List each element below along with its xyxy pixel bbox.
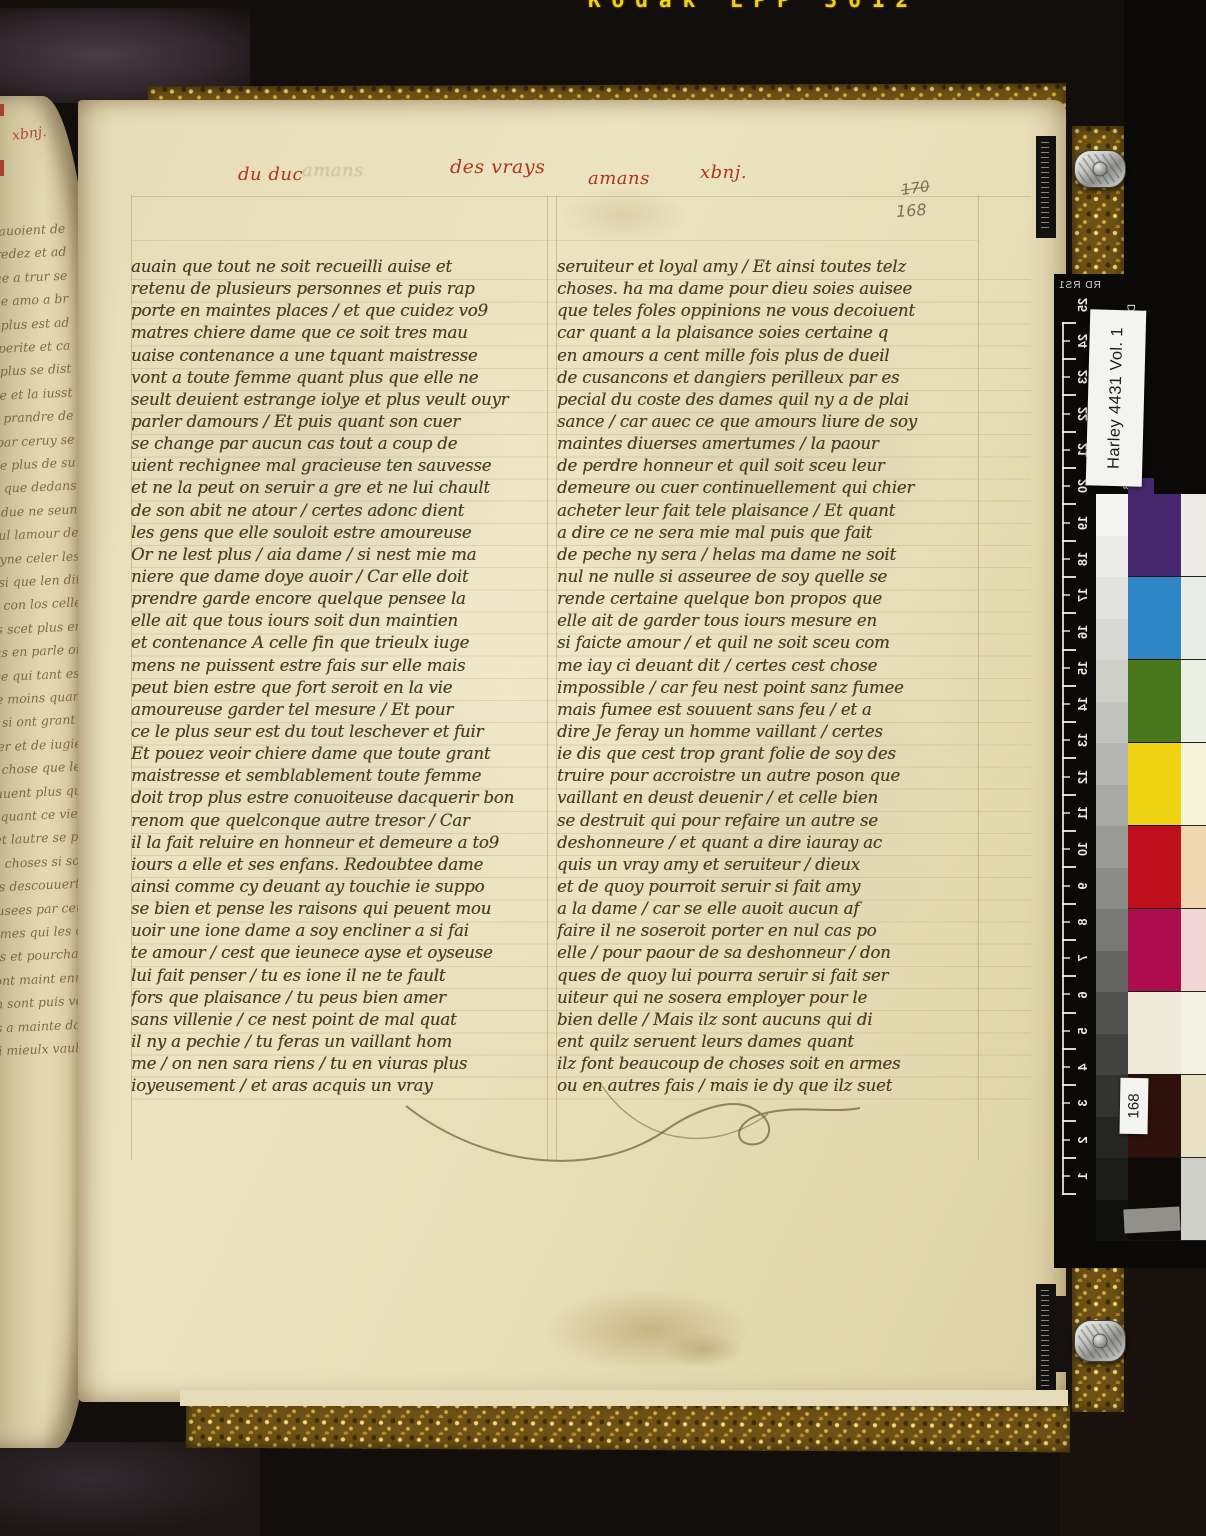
ruler-tick-major xyxy=(1062,467,1076,469)
color-tint-yellow xyxy=(1181,743,1206,826)
manuscript-line: auain que tout ne soit recueilli auise e… xyxy=(131,256,555,278)
manuscript-line: uient rechignee mal gracieuse ten sauves… xyxy=(131,455,555,477)
grayscale-step xyxy=(1096,494,1128,536)
ruler-tick-minor xyxy=(1062,957,1070,959)
ruler-tick-major xyxy=(1062,1012,1076,1014)
ruler-number: 1 xyxy=(1070,1165,1096,1187)
gold-gauffered-tail-edge xyxy=(186,1400,1070,1453)
manuscript-line: se bien et pense les raisons qui peuent … xyxy=(131,898,555,920)
prev-page-line: s gens si ont grant e xyxy=(0,712,87,733)
manuscript-line: mens ne puissent estre fais sur elle mai… xyxy=(131,655,555,677)
rubric-header-center: des vrays xyxy=(450,156,545,178)
folio-sticker: 168 xyxy=(1120,1078,1149,1134)
ruler-tick-minor xyxy=(1062,812,1070,814)
prev-page-line: e grant payne celer les xyxy=(0,548,80,569)
ruler-tick-major xyxy=(1062,612,1076,614)
ruler-tick-major xyxy=(1062,358,1076,360)
ruler-tick-minor xyxy=(1062,376,1070,378)
shelfmark-label-text: Harley 4431 Vol. 1 xyxy=(1105,327,1128,469)
color-tint-purple xyxy=(1181,494,1206,577)
manuscript-line: mais fumee est souuent sans feu / et a xyxy=(557,699,981,721)
color-tint-blue xyxy=(1181,577,1206,660)
manuscript-line: de perdre honneur et quil soit sceu leur xyxy=(557,455,981,477)
prev-page-line: dus gonise et la iusst xyxy=(0,384,73,405)
ruler-tick-minor xyxy=(1062,1139,1070,1141)
grayscale-step xyxy=(1096,868,1128,910)
manuscript-line: choses. ha ma dame pour dieu soies auise… xyxy=(557,278,981,300)
manuscript-line: que teles foles oppinions ne vous decoiu… xyxy=(557,300,981,322)
ruler-number: 13 xyxy=(1070,729,1096,751)
grayscale-step xyxy=(1096,577,1128,619)
grayscale-step xyxy=(1096,992,1128,1034)
ruler-tick-minor xyxy=(1062,594,1070,596)
grayscale-step xyxy=(1096,951,1128,993)
prev-page-line: e atout le moins quant xyxy=(0,688,86,709)
manuscript-line: renom que quelconque autre tresor / Car xyxy=(131,810,555,832)
prev-page-red-mark xyxy=(0,104,4,116)
manuscript-line: elle ait que tous iours soit dun maintie… xyxy=(131,610,555,632)
text-column-2: seruiteur et loyal amy / Et ainsi toutes… xyxy=(557,256,981,1102)
ruler-tick-minor xyxy=(1062,1102,1070,1104)
manuscript-line: et ne la peut on seruir a gre et ne lui … xyxy=(131,477,555,499)
color-tint-cream xyxy=(1181,992,1206,1075)
color-patch-magenta xyxy=(1128,909,1181,992)
manuscript-line: et contenance A celle fin que trieulx iu… xyxy=(131,632,555,654)
ruler-number: 19 xyxy=(1070,512,1096,534)
manuscript-line: fors que plaisance / tu peus bien amer xyxy=(131,987,555,1009)
ruler-number: 17 xyxy=(1070,584,1096,606)
ruler-tick-major xyxy=(1062,721,1076,723)
manuscript-line: ques de quoy lui pourra seruir si fait s… xyxy=(557,965,981,987)
manuscript-line: doit trop plus estre conuoiteuse dacquer… xyxy=(131,787,555,809)
manuscript-line: niere que dame doye auoir / Car elle doi… xyxy=(131,566,555,588)
pen-flourish-small xyxy=(590,1080,800,1170)
ruler-number: 8 xyxy=(1070,911,1096,933)
prev-page-line: e de parler et de iugier xyxy=(0,735,88,756)
prev-page-line: ntaine ny auoient de xyxy=(0,221,66,242)
ruler-tick-major xyxy=(1062,1193,1076,1195)
rubric-header-left: du duc xyxy=(238,164,303,185)
color-patch-purple xyxy=(1128,494,1181,577)
ruler-tick-minor xyxy=(1062,993,1070,995)
ruler-tick-major xyxy=(1062,322,1076,324)
manuscript-line: se change par aucun cas tout a coup de xyxy=(131,433,555,455)
manuscript-line: se destruit qui pour refaire un autre se xyxy=(557,810,981,832)
manuscript-line: bien delle / Mais ilz sont aucuns qui di xyxy=(557,1009,981,1031)
ruler-tick-minor xyxy=(1062,413,1070,415)
ruler-number: 18 xyxy=(1070,548,1096,570)
manuscript-line: prendre garde encore quelque pensee la xyxy=(131,588,555,610)
ruler-number: 6 xyxy=(1070,984,1096,1006)
grayscale-step xyxy=(1096,743,1128,785)
ruler-tick-minor xyxy=(1062,485,1070,487)
color-patch-yellow xyxy=(1128,743,1181,826)
grayscale-step xyxy=(1096,785,1128,827)
ruler-number: 10 xyxy=(1070,838,1096,860)
ruler-tick-major xyxy=(1062,975,1076,977)
manuscript-line: rende certaine quelque bon propos que xyxy=(557,588,981,610)
manuscript-line: maintes diuerses amertumes / la paour xyxy=(557,433,981,455)
grayscale-step xyxy=(1096,909,1128,951)
tape-strip xyxy=(1123,1207,1180,1234)
prev-page-line: gte amoris que dedans xyxy=(0,478,77,499)
film-edge-label: Kodak LPP 3612 xyxy=(588,0,919,12)
manuscript-line: me / on nen sara riens / tu en viuras pl… xyxy=(131,1053,555,1075)
manuscript-line: demeure ou cuer continuellement qui chie… xyxy=(557,477,981,499)
manuscript-line: Or ne lest plus / aia dame / si nest mie… xyxy=(131,544,555,566)
prev-page-line: le monde par ceruy se xyxy=(0,431,75,452)
ruler-tick-minor xyxy=(1062,885,1070,887)
prev-page-line: t les fais con los celle xyxy=(0,595,82,616)
manuscript-line: deshonneure / et quant a dire iauray ac xyxy=(557,832,981,854)
manuscript-line: car quant a la plaisance soies certaine … xyxy=(557,322,981,344)
ruler-tick-major xyxy=(1062,1157,1076,1159)
ruler-tick-minor xyxy=(1062,630,1070,632)
manuscript-line: nul ne nulle si asseuree de soy quelle s… xyxy=(557,566,981,588)
manuscript-line: uiteur qui ne sosera employer pour le xyxy=(557,987,981,1009)
ruler-tick-minor xyxy=(1062,739,1070,741)
manuscript-line: seruiteur et loyal amy / Et ainsi toutes… xyxy=(557,256,981,278)
manuscript-line: lui fait penser / tu es ione il ne te fa… xyxy=(131,965,555,987)
manuscript-line: ce le plus seur est du tout leschever et… xyxy=(131,721,555,743)
ruler-number: 7 xyxy=(1070,947,1096,969)
ruler-number: 15 xyxy=(1070,657,1096,679)
manuscript-line: parler damours / Et puis quant son cuer xyxy=(131,411,555,433)
manuscript-line: et de quoy pourroit seruir si fait amy xyxy=(557,876,981,898)
grayscale-step xyxy=(1096,1158,1128,1200)
manuscript-line: ainsi comme cy deuant ay touchie ie supp… xyxy=(131,876,555,898)
prev-page-line: r la chose qui tant est xyxy=(0,665,85,686)
ruler-tick-major xyxy=(1062,576,1076,578)
page-bottom-edges xyxy=(180,1390,1068,1406)
color-tint-brown xyxy=(1181,1075,1206,1158)
manuscript-line: retenu de plusieurs personnes et puis ra… xyxy=(131,278,555,300)
manuscript-line: vaillant en deust deuenir / et celle bie… xyxy=(557,787,981,809)
ruler-tick-major xyxy=(1062,431,1076,433)
color-tint-black xyxy=(1181,1158,1206,1241)
manuscript-line: sans villenie / ce nest point de mal qua… xyxy=(131,1009,555,1031)
prev-page-line: r le nom dues prandre de xyxy=(0,408,74,430)
manuscript-line: de peche ny sera / helas ma dame ne soit xyxy=(557,544,981,566)
clamp-strip-markings xyxy=(1041,1290,1049,1390)
manuscript-line: peut bien estre que fort seroit en la vi… xyxy=(131,677,555,699)
manuscript-line: si faicte amour / et quil ne soit sceu c… xyxy=(557,632,981,654)
manuscript-line: seult deuient estrange iolye et plus veu… xyxy=(131,389,555,411)
manuscript-line: a la dame / car se elle auoit aucun af xyxy=(557,898,981,920)
photograph-of-manuscript: Kodak LPP 3612 xbnj. ntaine ny auoient d… xyxy=(0,0,1206,1536)
manuscript-line: acheter leur fait tele plaisance / Et qu… xyxy=(557,500,981,522)
manuscript-line: uoir une ione dame a soy encliner a si f… xyxy=(131,920,555,942)
prev-page-line: s en plus et plus se dist xyxy=(0,361,72,382)
ruler-tick-minor xyxy=(1062,776,1070,778)
prev-page-line: et combien que a trur se xyxy=(0,267,68,289)
ruler-tick-major xyxy=(1062,1084,1076,1086)
manuscript-line: il ny a pechie / tu feras un vaillant ho… xyxy=(131,1031,555,1053)
manuscript-line: pecial du coste des dames quil ny a de p… xyxy=(557,389,981,411)
ruler-tick-major xyxy=(1062,540,1076,542)
ruler-number: 12 xyxy=(1070,766,1096,788)
ruler-tick-minor xyxy=(1062,848,1070,850)
grayscale-step xyxy=(1096,660,1128,702)
manuscript-line: sance / car auec ce que amours liure de … xyxy=(557,411,981,433)
clamp-tab-bottom xyxy=(1053,1296,1073,1372)
ruler-tick-major xyxy=(1062,649,1076,651)
clip-screw xyxy=(1093,162,1108,177)
ruler-tick-major xyxy=(1062,394,1076,396)
clamp-strip-markings xyxy=(1041,142,1049,232)
manuscript-line: me iay ci deuant dit / certes cest chose xyxy=(557,655,981,677)
prev-page-line: t de la chose que len xyxy=(0,758,89,779)
color-patch-green xyxy=(1128,660,1181,743)
folio-number-new: 168 xyxy=(895,200,927,221)
ruler-tick-minor xyxy=(1062,703,1070,705)
rubric-header-right: amans xyxy=(588,168,650,189)
ruler-number: 4 xyxy=(1070,1056,1096,1078)
manuscript-line: truire pour accroistre un autre poson qu… xyxy=(557,765,981,787)
grayscale-step xyxy=(1096,1034,1128,1076)
prev-page-line: amore trop plus est ad xyxy=(0,314,70,335)
manuscript-line: a dire ce ne sera mie mal puis que fait xyxy=(557,522,981,544)
rubric-quire-numeral: xbnj. xyxy=(700,162,747,183)
metal-clip-top xyxy=(1074,150,1126,188)
ruler-tick-major xyxy=(1062,685,1076,687)
manuscript-line: ilz font beaucoup de choses soit en arme… xyxy=(557,1053,981,1075)
grayscale-step xyxy=(1096,619,1128,661)
manuscript-line: Et pouez veoir chiere dame que toute gra… xyxy=(131,743,555,765)
ruler-tick-major xyxy=(1062,830,1076,832)
manuscript-line: vont a toute femme quant plus que elle n… xyxy=(131,367,555,389)
metal-clip-bottom xyxy=(1074,1320,1126,1362)
ruler-top-label: RD RS1 xyxy=(1058,280,1101,291)
manuscript-line: amoureuse garder tel mesure / Et pour xyxy=(131,699,555,721)
ruler-tick-major xyxy=(1062,794,1076,796)
prev-page-line: s amans si que len dit xyxy=(0,571,81,592)
ruler-number: 2 xyxy=(1070,1129,1096,1151)
folio-sticker-text: 168 xyxy=(1125,1093,1142,1118)
manuscript-line: de cusancons et dangiers perilleux par e… xyxy=(557,367,981,389)
manuscript-line: il la fait reluire en honneur et demeure… xyxy=(131,832,555,854)
ruler-tick-major xyxy=(1062,757,1076,759)
prev-page-line: ndse tele fole amo a br xyxy=(0,291,69,312)
manuscript-line: faire il ne soseroit porter en nul cas p… xyxy=(557,920,981,942)
manuscript-line: dire Je feray un homme vaillant / certes xyxy=(557,721,981,743)
ruler-number: 5 xyxy=(1070,1020,1096,1042)
ruler-tick-minor xyxy=(1062,522,1070,524)
shelfmark-label: Harley 4431 Vol. 1 xyxy=(1086,309,1147,486)
manuscript-line: maistresse et semblablement toute femme xyxy=(131,765,555,787)
ruler-tick-minor xyxy=(1062,449,1070,451)
manuscript-line: en amours a cent mille fois plus de duei… xyxy=(557,345,981,367)
clip-screw xyxy=(1093,1334,1108,1349)
manuscript-line: elle ait de garder tous iours mesure en xyxy=(557,610,981,632)
prev-page-quire-numeral: xbnj. xyxy=(11,124,47,144)
ruler-tick-major xyxy=(1062,939,1076,941)
ruler-tick-minor xyxy=(1062,921,1070,923)
manuscript-line: matres chiere dame que ce soit tres mau xyxy=(131,322,555,344)
prev-page-line: oit ou seul lamour de xyxy=(0,525,79,546)
prev-page-line: ne peut la due ne seun xyxy=(0,501,78,522)
color-tint-magenta xyxy=(1181,909,1206,992)
ruler-number: 11 xyxy=(1070,802,1096,824)
color-tint-green xyxy=(1181,660,1206,743)
manuscript-line: de son abit ne atour / certes adonc dien… xyxy=(131,500,555,522)
color-patch-cream xyxy=(1128,992,1181,1075)
manuscript-line: te amour / cest que ieunece ayse et oyse… xyxy=(131,942,555,964)
ruler-tick-major xyxy=(1062,903,1076,905)
clamp-strip-top xyxy=(1036,136,1056,238)
manuscript-line: impossible / car feu nest point sanz fum… xyxy=(557,677,981,699)
ruler-tick-major xyxy=(1062,1120,1076,1122)
ruling-horizontal xyxy=(131,240,978,241)
ruler-tick-minor xyxy=(1062,1175,1070,1177)
ruling-horizontal xyxy=(131,196,1031,197)
ruler-tick-major xyxy=(1062,1048,1076,1050)
ruler-tick-minor xyxy=(1062,340,1070,342)
grayscale-step xyxy=(1096,536,1128,578)
manuscript-line: uaise contenance a une tquant maistresse xyxy=(131,345,555,367)
ruler-number: 9 xyxy=(1070,875,1096,897)
manuscript-line: ie dis que cest trop grant folie de soy … xyxy=(557,743,981,765)
prev-page-line: e qui plus scet plus en xyxy=(0,618,83,639)
manuscript-line: elle / pour paour de sa deshonneur / don xyxy=(557,942,981,964)
grayscale-step xyxy=(1096,702,1128,744)
ruler-tick-minor xyxy=(1062,1030,1070,1032)
ruler-number: 14 xyxy=(1070,693,1096,715)
color-patch-blue xyxy=(1128,577,1181,660)
manuscript-line: ent quilz seruent leurs dames quant xyxy=(557,1031,981,1053)
manuscript-line: les gens que elle souloit estre amoureus… xyxy=(131,522,555,544)
prev-page-red-mark xyxy=(0,160,4,176)
backdrop-fabric-bottom-left xyxy=(0,1442,260,1536)
ruler-tick-major xyxy=(1062,503,1076,505)
prev-page-line: anse deu vespredez et ad xyxy=(0,244,67,266)
grayscale-step xyxy=(1096,826,1128,868)
color-tint-red xyxy=(1181,826,1206,909)
ruler-tick-minor xyxy=(1062,558,1070,560)
ruler-tick-minor xyxy=(1062,667,1070,669)
prev-page-line: estable en prosperite et ca xyxy=(0,338,71,360)
text-column-1: auain que tout ne soit recueilli auise e… xyxy=(131,256,555,1102)
manuscript-line: quis un vray amy et seruiteur / dieux xyxy=(557,854,981,876)
ruler-tick-major xyxy=(1062,866,1076,868)
manuscript-line: iours a elle et ses enfans. Redoubtee da… xyxy=(131,854,555,876)
rubric-header-offset-ghost: amans xyxy=(302,160,364,181)
manuscript-line: porte en maintes places / et que cuidez … xyxy=(131,300,555,322)
prev-page-line: aucune taide plus de su xyxy=(0,454,76,476)
ruler-number: 16 xyxy=(1070,621,1096,643)
color-patch-red xyxy=(1128,826,1181,909)
prev-page-line: ut et plus en parle on xyxy=(0,641,84,662)
ruler-tick-minor xyxy=(1062,1066,1070,1068)
prev-page-line: oit souuent plus quil xyxy=(0,782,90,803)
ruler-number: 3 xyxy=(1070,1092,1096,1114)
